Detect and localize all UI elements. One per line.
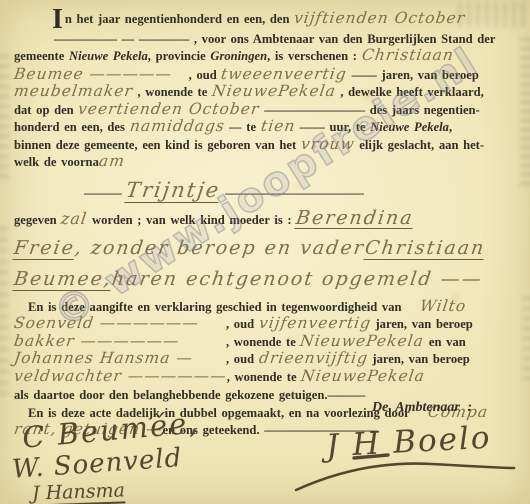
officiant-label: De Ambtenaar : [372,400,472,416]
printed-text-italic: Nieuwe Pekela [69,49,148,63]
handwritten-text: NieuwePekela [300,369,426,385]
handwritten-text: Soenveld —————— [13,316,227,332]
printed-text: , wonende te [226,335,300,349]
handwritten-text: meubelmaker [13,84,134,100]
doc-line: gemeente Nieuwe Pekela, provincie Gronin… [14,48,516,65]
printed-text-italic: Nieuwe Pekela [370,120,449,134]
printed-text: en van [424,335,466,349]
handwritten-text: drieenvijftig [258,351,369,367]
printed-text: gegeven [14,213,61,227]
printed-text: ——————————— [221,186,364,200]
handwritten-text-underlined: Freie [12,237,76,260]
doc-line: Beumee ————— , oud tweeenveertig —— jare… [14,67,516,84]
printed-text: , [449,120,452,134]
doc-line: Freie, zonder beroep en vader Christiaan [14,237,516,261]
handwritten-text: vijftienden October [293,11,466,27]
document-lines: In het jaar negentienhonderd en een, den… [14,11,516,439]
printed-text-italic: Groningen [210,49,267,63]
handwritten-text: veldwachter —————— [13,369,228,385]
printed-text: , oud [226,352,259,366]
handwritten-text-underlined: Beumee, [12,268,113,291]
handwritten-text: , zonder beroep en vader [73,237,366,259]
doc-line: Beumee, haren echtgenoot opgemeld —— [14,268,516,292]
bleedthrough-smudge [520,35,530,185]
printed-text: , oud [226,317,259,331]
handwritten-text: Johannes Hansma — [13,351,227,367]
signature-flourish-icon [292,452,518,494]
printed-text: welk de voorna [14,155,99,169]
doc-line: meubelmaker , wonende te NieuwePekela , … [14,84,516,101]
handwritten-text-underlined: Trijntje [125,178,223,203]
handwritten-text: tweeenveertig [220,67,348,83]
doc-line: Soenveld ——————, oud vijfenveertig jaren… [14,316,516,333]
printed-text: , is verschenen : [267,49,362,63]
printed-text: , dewelke heeft verklaard, [336,85,484,99]
bleedthrough-smudge [523,290,530,380]
handwritten-text-underlined: Berendina [295,208,416,229]
handwritten-text: Christiaan [361,48,455,64]
handwritten-text: Wilto [405,299,467,315]
printed-text: ——— [84,186,126,200]
doc-line: bakker ——————, wonende te NieuwePekela e… [14,334,516,351]
handwritten-text: veertienden October [77,102,260,118]
doc-line: welk de voornaam [14,154,516,171]
printed-text: ————— — ———— , voor ons Ambtenaar van de… [54,32,495,46]
handwritten-text: zal [60,209,89,229]
handwritten-text: namiddags [128,119,225,135]
birth-certificate-document: © www.joopfreie.nl In het jaar negentien… [0,0,530,504]
bleedthrough-smudge [0,48,9,178]
printed-text: n het jaar negentienhonderd en een, den [65,12,294,26]
handwritten-text: haren echtgenoot opgemeld —— [110,268,484,290]
printed-text: honderd en een, des [14,120,130,134]
handwritten-text: vrouw [300,137,356,153]
printed-text: —— uur, te [295,120,370,134]
handwritten-text: vijfenveertig [258,316,372,332]
printed-text: elijk geslacht, aan het- [355,138,484,152]
printed-text: jaren, van beroep [368,352,470,366]
bleedthrough-smudge [0,225,8,395]
printed-text: , wonende te [227,370,301,384]
printed-text: dat op den [14,103,78,117]
printed-text: —— jaren, van beroep [347,68,479,82]
printed-text: , provincie [148,49,211,63]
handwritten-text: Beumee ————— [13,67,185,83]
handwritten-text: am [98,154,126,170]
printed-text: worden ; van welk kind moeder is : [87,213,296,227]
handwritten-text: NieuwePekela [211,84,337,100]
handwritten-text: bakker —————— [13,334,227,350]
doc-line: dat op den veertienden October ———————— … [14,102,516,119]
printed-text: — te [224,120,260,134]
printed-text: , wonende te [133,85,212,99]
printed-text: gemeente [14,49,69,63]
handwritten-text: tien [260,119,297,135]
printed-text: , oud [184,68,221,82]
signature-witness-3: J Hansma [32,479,126,504]
printed-text: als daartoe door den belanghebbende geko… [14,388,365,402]
handwritten-text-underlined: Christiaan [363,237,487,260]
doc-line: veldwachter ——————, wonende te NieuwePek… [14,369,516,386]
handwritten-text: NieuwePekela [299,334,425,350]
doc-line: Johannes Hansma —, oud drieenvijftig jar… [14,351,516,368]
doc-line: honderd en een, des namiddags — te tien … [14,119,516,136]
doc-line: ————— — ———— , voor ons Ambtenaar van de… [14,31,516,48]
printed-text: En is deze aangifte en verklaring geschi… [28,300,406,314]
printed-text: ———————— des jaars negentien- [260,103,480,117]
doc-line: gegeven zal worden ; van welk kind moede… [14,208,516,230]
doc-line: binnen deze gemeente, een kind is gebore… [14,137,516,154]
printed-text: binnen deze gemeente, een kind is gebore… [14,138,301,152]
printed-text: jaren, van beroep [371,317,473,331]
doc-line: En is deze aangifte en verklaring geschi… [14,299,516,316]
doc-line: ——— Trijntje ——————————— [14,178,516,205]
doc-line: In het jaar negentienhonderd en een, den… [14,11,516,28]
